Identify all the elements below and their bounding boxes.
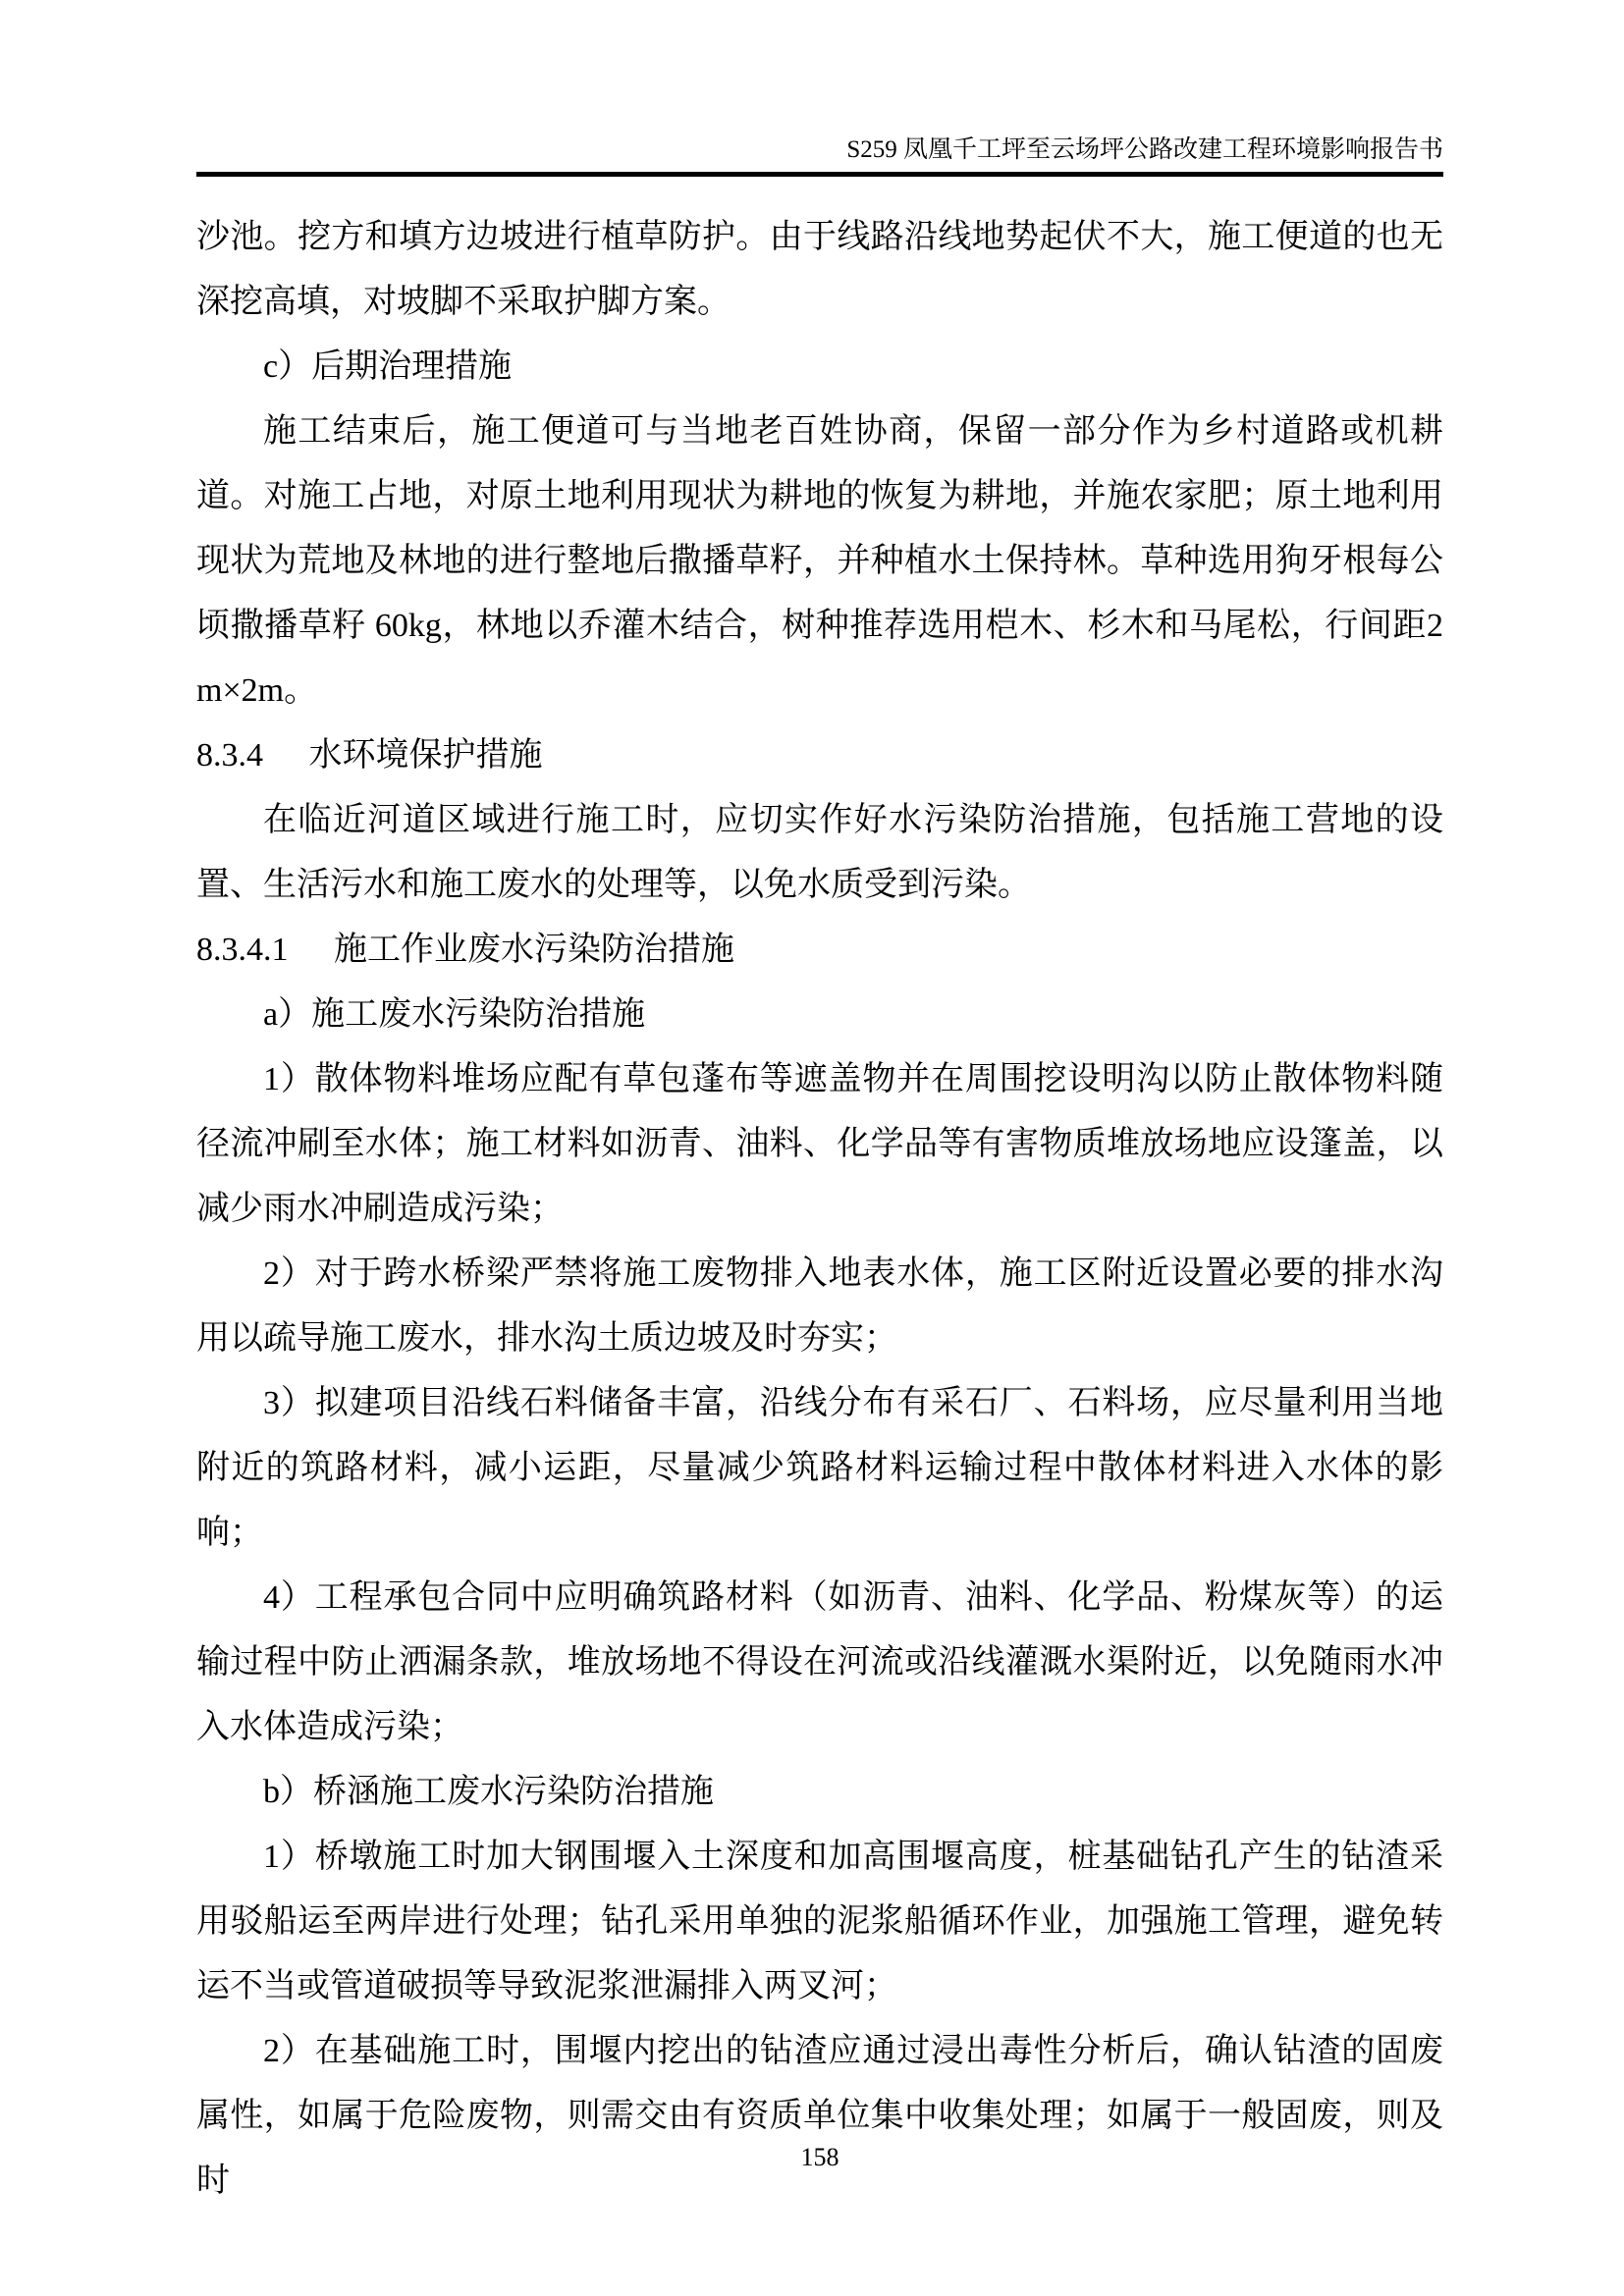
section-heading-8-3-4: 8.3.4 水环境保护措施 bbox=[196, 723, 1443, 788]
section-number: 8.3.4 bbox=[196, 723, 263, 788]
paragraph-water-env-intro: 在临近河道区域进行施工时，应切实作好水污染防治措施，包括施工营地的设置、生活污水… bbox=[196, 788, 1443, 918]
paragraph-item-c-heading: c）后期治理措施 bbox=[196, 335, 1443, 400]
paragraph-item-b-heading: b）桥涵施工废水污染防治措施 bbox=[196, 1760, 1443, 1825]
paragraph-item-a-heading: a）施工废水污染防治措施 bbox=[196, 983, 1443, 1047]
document-page: S259 凤凰千工坪至云场坪公路改建工程环境影响报告书 沙池。挖方和填方边坡进行… bbox=[0, 0, 1624, 2296]
header-title: S259 凤凰千工坪至云场坪公路改建工程环境影响报告书 bbox=[196, 135, 1443, 165]
section-title: 施工作业废水污染防治措施 bbox=[334, 932, 734, 968]
paragraph-item-2: 2）对于跨水桥梁严禁将施工废物排入地表水体，施工区附近设置必要的排水沟用以疏导施… bbox=[196, 1242, 1443, 1371]
paragraph-item-4: 4）工程承包合同中应明确筑路材料（如沥青、油料、化学品、粉煤灰等）的运输过程中防… bbox=[196, 1566, 1443, 1760]
section-heading-8-3-4-1: 8.3.4.1 施工作业废水污染防治措施 bbox=[196, 918, 1443, 983]
section-number: 8.3.4.1 bbox=[196, 918, 289, 983]
paragraph-bridge-item-2: 2）在基础施工时，围堰内挖出的钻渣应通过浸出毒性分析后，确认钻渣的固废属性，如属… bbox=[196, 2019, 1443, 2214]
paragraph-post-treatment: 施工结束后，施工便道可与当地老百姓协商，保留一部分作为乡村道路或机耕道。对施工占… bbox=[196, 400, 1443, 723]
paragraph-bridge-item-1: 1）桥墩施工时加大钢围堰入土深度和加高围堰高度，桩基础钻孔产生的钻渣采用驳船运至… bbox=[196, 1825, 1443, 2019]
page-number: 158 bbox=[196, 2138, 1443, 2177]
section-title: 水环境保护措施 bbox=[309, 737, 543, 774]
header-divider bbox=[196, 172, 1443, 177]
paragraph-item-3: 3）拟建项目沿线石料储备丰富，沿线分布有采石厂、石料场，应尽量利用当地附近的筑路… bbox=[196, 1371, 1443, 1566]
paragraph-item-1: 1）散体物料堆场应配有草包蓬布等遮盖物并在周围挖设明沟以防止散体物料随径流冲刷至… bbox=[196, 1047, 1443, 1242]
document-body: 沙池。挖方和填方边坡进行植草防护。由于线路沿线地势起伏不大，施工便道的也无深挖高… bbox=[196, 205, 1443, 2214]
paragraph-continuation: 沙池。挖方和填方边坡进行植草防护。由于线路沿线地势起伏不大，施工便道的也无深挖高… bbox=[196, 205, 1443, 335]
